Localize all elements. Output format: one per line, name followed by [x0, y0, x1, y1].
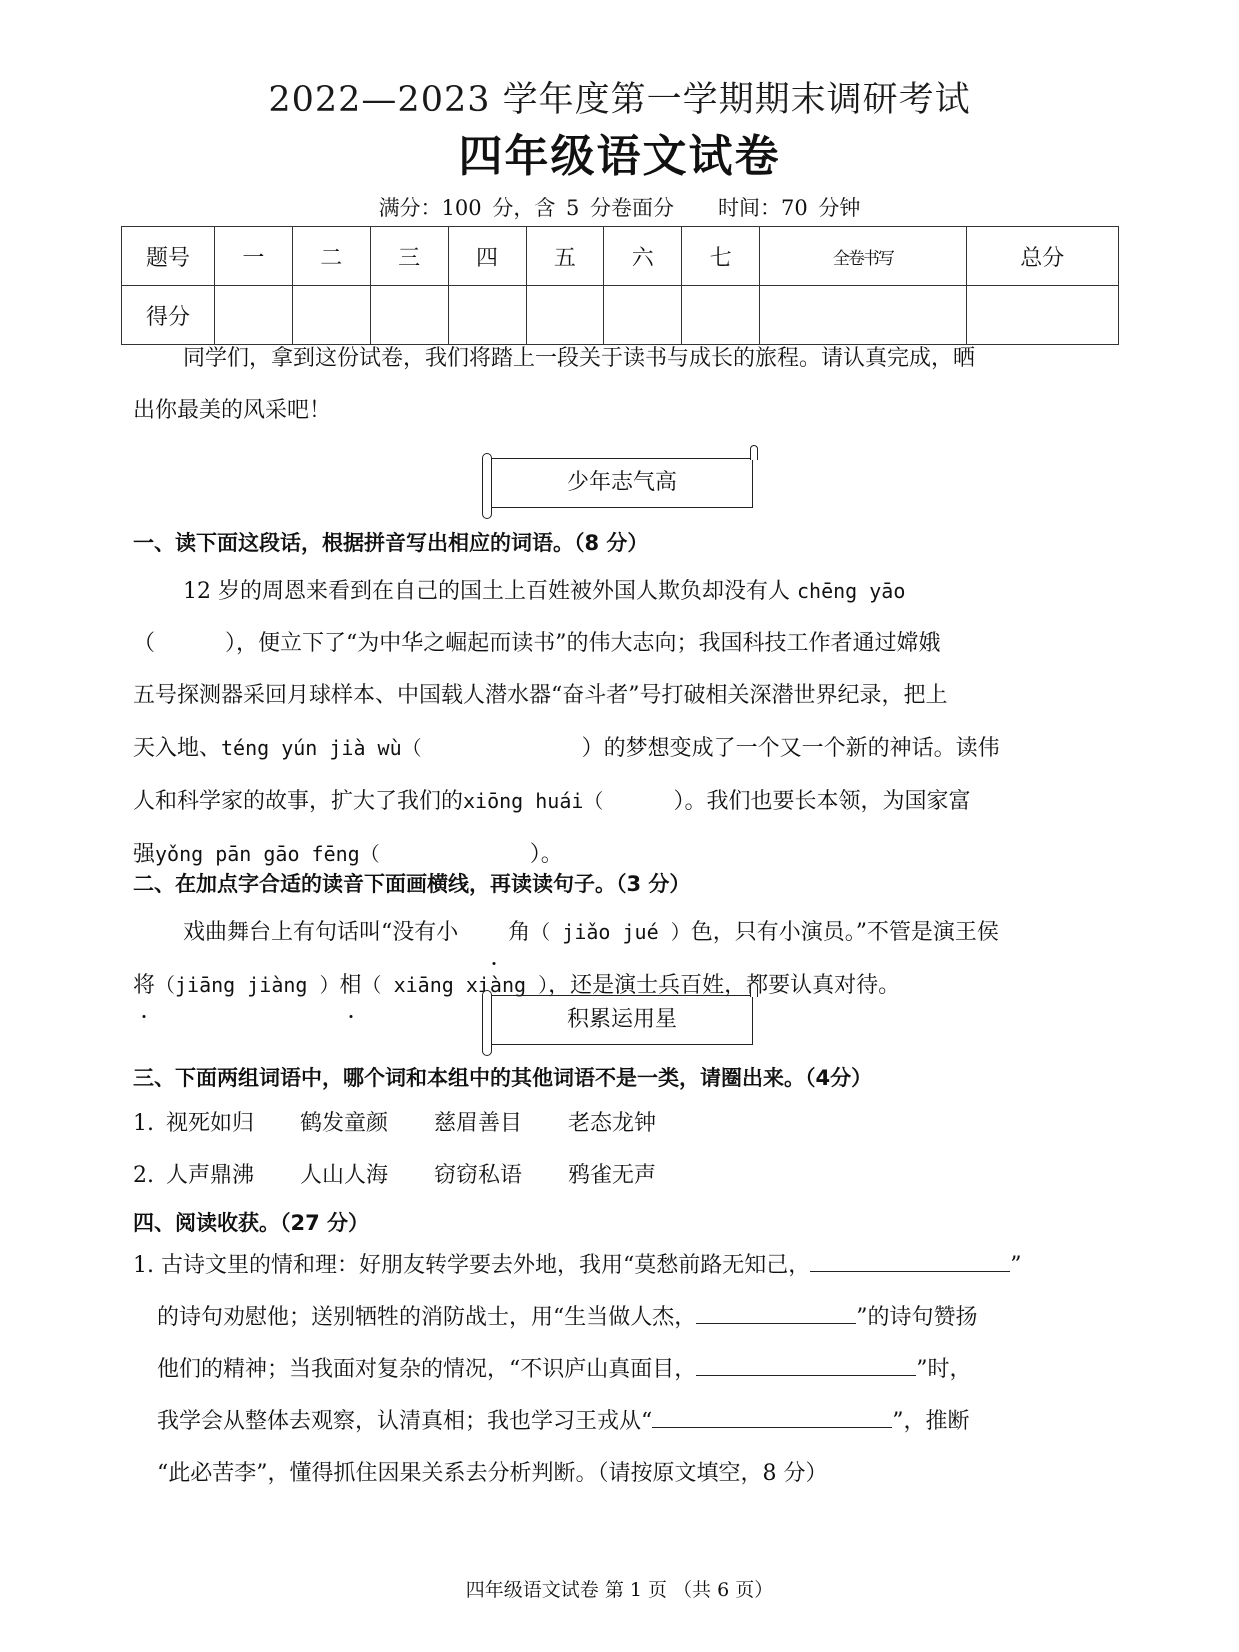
q4-line-4: 我学会从整体去观察，认清真相；我也学习王戎从“”，推断: [133, 1396, 1118, 1448]
word-option[interactable]: 人声鼎沸: [166, 1150, 254, 1202]
q4-line-5: “此必苦李”，懂得抓住因果关系去分析判断。（请按原文填空，8 分）: [133, 1448, 1118, 1500]
scroll-roll-right-icon: [750, 982, 758, 997]
q3-heading: 三、下面两组词语中，哪个词和本组中的其他词语不是一类，请圈出来。（4分）: [133, 1062, 872, 1092]
cell-handwriting: 全卷书写: [760, 227, 966, 286]
answer-line-4[interactable]: [652, 1407, 892, 1428]
pinyin-choice-jiang[interactable]: （jiāng jiàng ）: [155, 973, 340, 997]
q1-passage: 12 岁的周恩来看到在自己的国土上百姓被外国人欺负却没有人 chēng yāo …: [133, 565, 1118, 881]
word-option[interactable]: 窃窃私语: [434, 1150, 522, 1202]
word-option[interactable]: 人山人海: [300, 1150, 388, 1202]
scroll-roll-left-icon: [482, 990, 492, 1056]
exam-title-term: 2022—2023 学年度第一学期期末调研考试: [0, 72, 1239, 122]
pinyin-choice-jiao-jue[interactable]: （ jiǎo jué ）: [530, 920, 690, 944]
q4-line-1: 1. 古诗文里的情和理：好朋友转学要去外地，我用“莫愁前路无知己，”: [133, 1240, 1118, 1292]
word-option[interactable]: 鹤发童颜: [300, 1098, 388, 1150]
q3-word-groups: 1.视死如归鹤发童颜慈眉善目老态龙钟 2.人声鼎沸人山人海窃窃私语鸦雀无声: [133, 1098, 1118, 1202]
score-table: 题号 一 二 三 四 五 六 七 全卷书写 总分 得分: [121, 226, 1119, 345]
q2-heading: 二、在加点字合适的读音下面画横线，再读读句子。（3 分）: [133, 868, 690, 898]
dotted-char-xiang: 相: [340, 960, 362, 1012]
q1-line-3: 五号探测器采回月球样本、中国载人潜水器“奋斗者”号打破相关深潜世界纪录，把上: [133, 670, 1118, 722]
word-option[interactable]: 鸦雀无声: [568, 1150, 656, 1202]
pinyin-tengyunjiawu: téng yún jià wù（: [221, 736, 422, 760]
pinyin-choice-xiang[interactable]: （ xiāng xiàng ）: [362, 973, 549, 997]
pinyin-xionghuai: xiōng huái（: [463, 789, 603, 813]
q2-line-1: 戏曲舞台上有句话叫“没有小角（ jiǎo jué ）色，只有小演员。”不管是演王…: [133, 906, 1118, 959]
q1-line-5: 人和科学家的故事，扩大了我们的xiōng huái（）。我们也要长本领，为国家富: [133, 775, 1118, 828]
cell-q6: 六: [604, 227, 682, 286]
q1-line-2: （），便立下了“为中华之崛起而读书”的伟大志向；我国科技工作者通过嫦娥: [133, 618, 1118, 670]
section-banner-1-label: 少年志气高: [567, 470, 677, 495]
q4-heading: 四、阅读收获。（27 分）: [133, 1207, 369, 1237]
cell-q2: 二: [292, 227, 370, 286]
full-score: 满分：100 分，含 5 分卷面分: [379, 196, 674, 220]
exam-meta: 满分：100 分，含 5 分卷面分时间：70 分钟: [0, 192, 1239, 222]
score-table-header-row: 题号 一 二 三 四 五 六 七 全卷书写 总分: [122, 227, 1119, 286]
q3-group-1: 1.视死如归鹤发童颜慈眉善目老态龙钟: [133, 1098, 1118, 1150]
q4-passage: 1. 古诗文里的情和理：好朋友转学要去外地，我用“莫愁前路无知己，” 的诗句劝慰…: [133, 1240, 1118, 1500]
section-banner-1: 少年志气高: [492, 458, 753, 508]
scroll-roll-right-icon: [750, 445, 758, 460]
q1-line-1: 12 岁的周恩来看到在自己的国土上百姓被外国人欺负却没有人 chēng yāo: [133, 565, 1118, 618]
cell-q7: 七: [682, 227, 760, 286]
q3-group-2: 2.人声鼎沸人山人海窃窃私语鸦雀无声: [133, 1150, 1118, 1202]
intro-paragraph: 同学们，拿到这份试卷，我们将踏上一段关于读书与成长的旅程。请认真完成，晒 出你最…: [133, 333, 1118, 437]
pinyin-yongpangaofeng: yǒng pān gāo fēng（: [155, 842, 380, 866]
answer-line-3[interactable]: [696, 1355, 916, 1376]
intro-line-2: 出你最美的风采吧！: [133, 385, 1118, 437]
cell-q1: 一: [215, 227, 293, 286]
dotted-char-jiang: 将: [133, 960, 155, 1012]
cell-q4: 四: [448, 227, 526, 286]
answer-line-2[interactable]: [696, 1303, 856, 1324]
section-banner-2: 积累运用星: [492, 995, 753, 1045]
intro-line-1: 同学们，拿到这份试卷，我们将踏上一段关于读书与成长的旅程。请认真完成，晒: [133, 333, 1118, 385]
q4-line-3: 他们的精神；当我面对复杂的情况，“不识庐山真面目，”时，: [133, 1344, 1118, 1396]
q1-line-4: 天入地、téng yún jià wù（）的梦想变成了一个又一个新的神话。读伟: [133, 722, 1118, 775]
exam-time: 时间：70 分钟: [718, 196, 860, 220]
cell-q5: 五: [526, 227, 604, 286]
scroll-roll-left-icon: [482, 453, 492, 519]
q1-heading: 一、读下面这段话，根据拼音写出相应的词语。（8 分）: [133, 527, 648, 557]
section-banner-2-label: 积累运用星: [567, 1007, 677, 1032]
exam-title-subject: 四年级语文试卷: [0, 120, 1239, 184]
word-option[interactable]: 视死如归: [166, 1098, 254, 1150]
dotted-char-jiao: 角: [458, 907, 530, 959]
page-footer: 四年级语文试卷 第 1 页 （共 6 页）: [0, 1575, 1239, 1602]
cell-q3: 三: [370, 227, 448, 286]
answer-line-1[interactable]: [810, 1251, 1010, 1272]
word-option[interactable]: 慈眉善目: [434, 1098, 522, 1150]
cell-question-number-label: 题号: [122, 227, 215, 286]
pinyin-chengyao: chēng yāo: [797, 579, 905, 603]
q4-line-2: 的诗句劝慰他；送别牺牲的消防战士，用“生当做人杰，”的诗句赞扬: [133, 1292, 1118, 1344]
cell-total: 总分: [966, 227, 1118, 286]
word-option[interactable]: 老态龙钟: [568, 1098, 656, 1150]
